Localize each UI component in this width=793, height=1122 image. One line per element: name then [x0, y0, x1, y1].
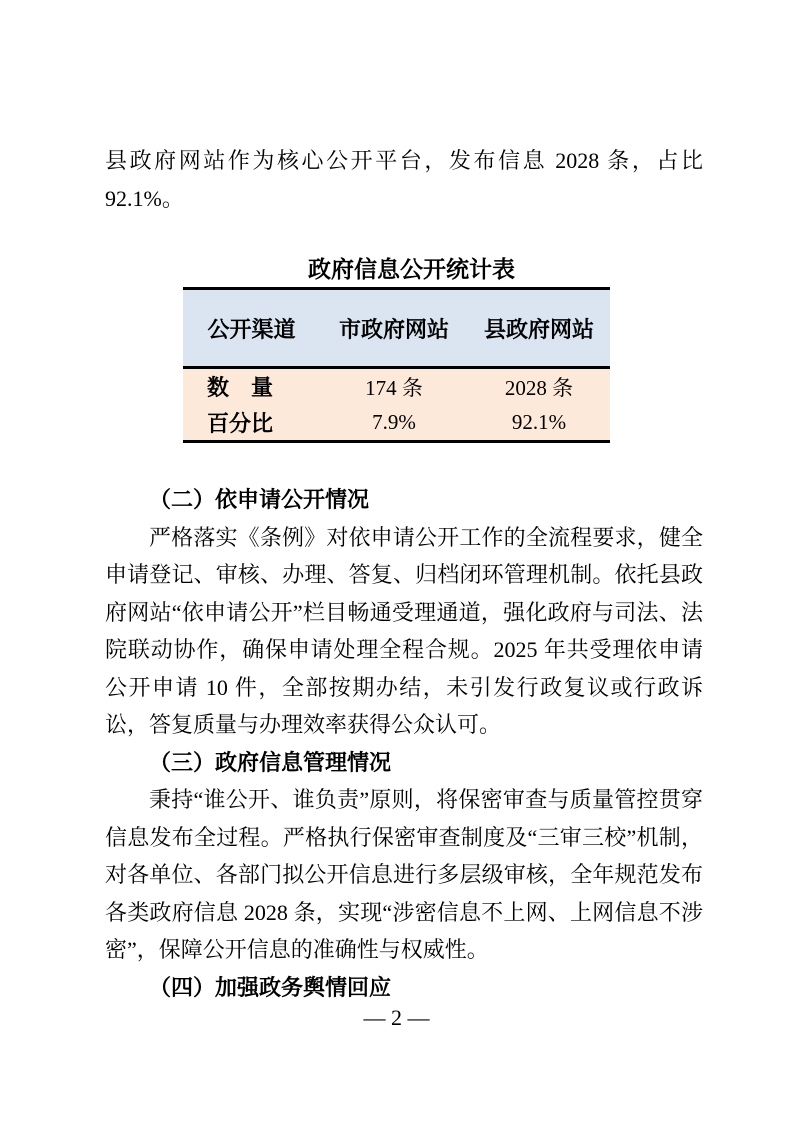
document-page: 县政府网站作为核心公开平台，发布信息 2028 条，占比 92.1%。 政府信息…: [0, 0, 793, 1122]
header-cell-channel: 公开渠道: [183, 289, 320, 368]
row-label-percentage: 百分比: [183, 405, 320, 442]
cell-quantity-city: 174 条: [320, 368, 468, 405]
table-header-row: 公开渠道 市政府网站 县政府网站: [183, 289, 610, 368]
table-row-percentage: 百分比 7.9% 92.1%: [183, 405, 610, 442]
stats-table: 公开渠道 市政府网站 县政府网站 数 量 174 条 2028 条 百分比 7.…: [183, 287, 610, 443]
cell-percentage-county: 92.1%: [468, 405, 610, 442]
table-row-quantity: 数 量 174 条 2028 条: [183, 368, 610, 405]
cell-percentage-city: 7.9%: [320, 405, 468, 442]
cell-quantity-county: 2028 条: [468, 368, 610, 405]
opening-paragraph: 县政府网站作为核心公开平台，发布信息 2028 条，占比 92.1%。: [105, 142, 703, 217]
section-heading-2: （二）依申请公开情况: [105, 481, 703, 519]
section-heading-3: （三）政府信息管理情况: [105, 744, 703, 782]
header-cell-city-site: 市政府网站: [320, 289, 468, 368]
table-caption: 政府信息公开统计表: [183, 253, 610, 287]
page-number: — 2 —: [0, 1005, 793, 1031]
row-label-quantity: 数 量: [183, 368, 320, 405]
document-content: 县政府网站作为核心公开平台，发布信息 2028 条，占比 92.1%。 政府信息…: [105, 142, 703, 1006]
section-heading-4: （四）加强政务舆情回应: [105, 969, 703, 1007]
section-paragraph-2: 严格落实《条例》对依申请公开工作的全流程要求，健全申请登记、审核、办理、答复、归…: [105, 519, 703, 744]
header-cell-county-site: 县政府网站: [468, 289, 610, 368]
section-paragraph-3: 秉持“谁公开、谁负责”原则，将保密审查与质量管控贯穿信息发布全过程。严格执行保密…: [105, 781, 703, 969]
